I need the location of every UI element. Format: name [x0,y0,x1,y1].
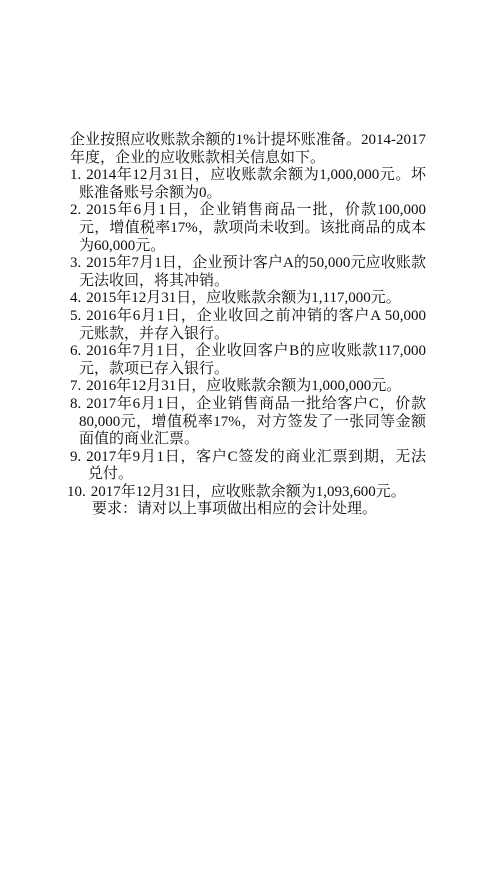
document-page: 企业按照应收账款余额的1%计提坏账准备。2014-2017年度，企业的应收账款相… [0,0,500,888]
problem-text-block: 企业按照应收账款余额的1%计提坏账准备。2014-2017年度，企业的应收账款相… [70,132,426,519]
intro-paragraph: 企业按照应收账款余额的1%计提坏账准备。2014-2017年度，企业的应收账款相… [70,132,426,167]
item-text: 2017年6月1日，企业销售商品一批给客户C，价款80,000元，增值税率17%… [79,396,426,447]
item-number: 4. [70,290,81,306]
item-text: 2015年7月1日，企业预计客户A的50,000元应收账款无法收回，将其冲销。 [79,255,426,289]
list-item-4: 4.2015年12月31日，应收账款余额为1,117,000元。 [70,290,426,308]
item-number: 6. [70,343,81,359]
list-item-6: 6.2016年7月1日，企业收回客户B的应收账款117,000元，款项已存入银行… [70,343,426,378]
requirement-line: 要求：请对以上事项做出相应的会计处理。 [92,501,426,519]
list-item-8: 8.2017年6月1日，企业销售商品一批给客户C，价款80,000元，增值税率1… [70,396,426,449]
item-text: 2017年12月31日，应收账款余额为1,093,600元。 [91,484,406,500]
list-item-1: 1.2014年12月31日，应收账款余额为1,000,000元。坏账准备账号余额… [70,167,426,202]
list-item-3: 3.2015年7月1日，企业预计客户A的50,000元应收账款无法收回，将其冲销… [70,255,426,290]
item-number: 1. [70,167,81,183]
item-number: 8. [70,396,81,412]
list-item-9: 9.2017年9月1日，客户C签发的商业汇票到期，无法兑付。 [70,449,426,484]
item-number: 3. [70,255,81,271]
item-number: 10. [67,484,86,500]
item-text: 2016年7月1日，企业收回客户B的应收账款117,000元，款项已存入银行。 [79,343,426,377]
item-text: 2016年12月31日，应收账款余额为1,000,000元。 [86,378,401,394]
item-text: 2014年12月31日，应收账款余额为1,000,000元。坏账准备账号余额为0… [79,167,426,201]
item-number: 5. [70,308,81,324]
item-text: 2017年9月1日，客户C签发的商业汇票到期，无法兑付。 [86,449,426,483]
item-number: 7. [70,378,81,394]
list-item-10: 10.2017年12月31日，应收账款余额为1,093,600元。 [67,484,426,502]
item-text: 2016年6月1日，企业收回之前冲销的客户A 50,000元账款，并存入银行。 [79,308,426,342]
list-item-7: 7.2016年12月31日，应收账款余额为1,000,000元。 [70,378,426,396]
item-number: 2. [70,202,81,218]
list-item-2: 2.2015年6月1日，企业销售商品一批，价款100,000元，增值税率17%，… [70,202,426,255]
item-text: 2015年6月1日，企业销售商品一批，价款100,000元，增值税率17%，款项… [79,202,426,253]
list-item-5: 5.2016年6月1日，企业收回之前冲销的客户A 50,000元账款，并存入银行… [70,308,426,343]
item-number: 9. [70,449,81,465]
item-text: 2015年12月31日，应收账款余额为1,117,000元。 [86,290,400,306]
